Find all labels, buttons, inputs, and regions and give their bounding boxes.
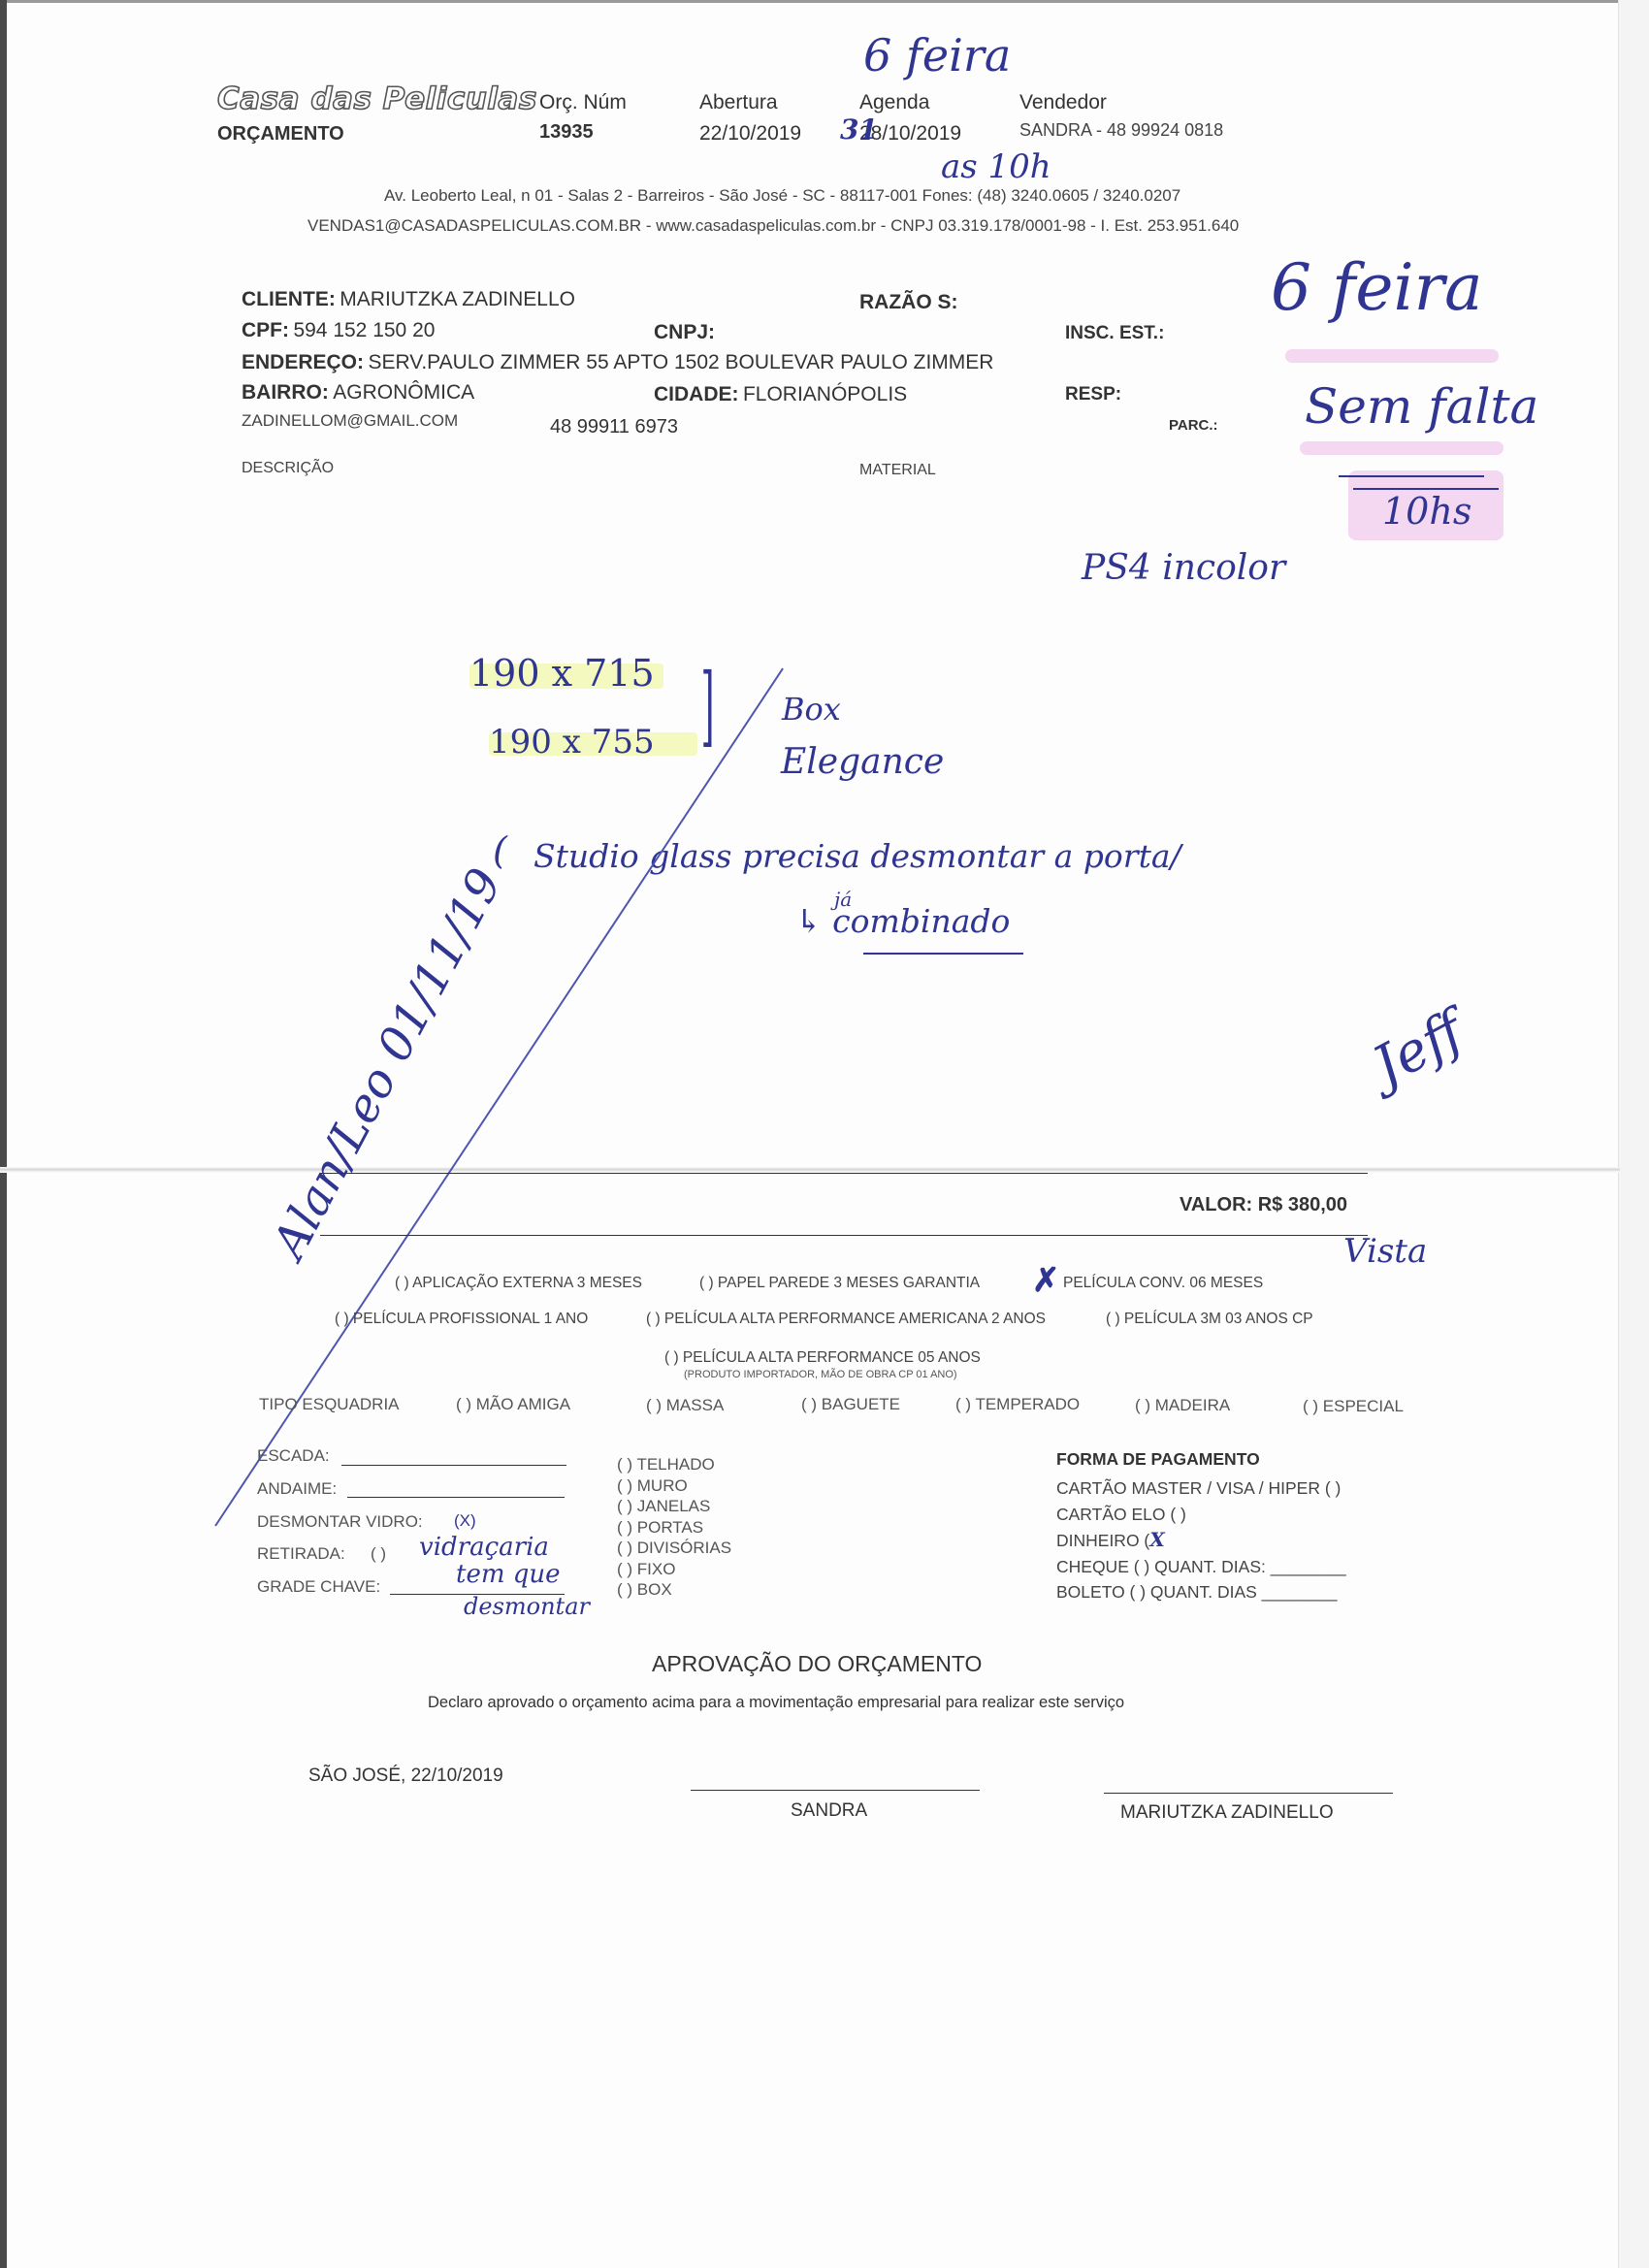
cliente-label: CLIENTE: <box>242 288 336 310</box>
esquadria-madeira[interactable]: ( ) MADEIRA <box>1135 1396 1230 1415</box>
option-papel-parede[interactable]: ( ) PAPEL PAREDE 3 MESES GARANTIA <box>699 1275 980 1292</box>
grade-chave-label: GRADE CHAVE: <box>257 1577 380 1597</box>
company-logo: Casa das Peliculas <box>217 81 537 116</box>
esquadria-baguete[interactable]: ( ) BAGUETE <box>801 1395 900 1414</box>
endereco-value: SERV.PAULO ZIMMER 55 APTO 1502 BOULEVAR … <box>368 351 993 373</box>
esquadria-temperado[interactable]: ( ) TEMPERADO <box>955 1395 1080 1414</box>
cidade-value: FLORIANÓPOLIS <box>743 383 907 405</box>
retirada-checkbox[interactable]: ( ) <box>371 1544 386 1564</box>
handwritten-installer-date: Alan/Leo 01/11/19 <box>262 859 513 1267</box>
payment-list: CARTÃO MASTER / VISA / HIPER ( ) CARTÃO … <box>1056 1475 1346 1605</box>
divider-line <box>320 1173 1368 1174</box>
handwritten-underline <box>1339 475 1484 477</box>
cidade-row: CIDADE: FLORIANÓPOLIS <box>654 383 907 406</box>
cidade-label: CIDADE: <box>654 383 739 405</box>
option-pelicula-profissional[interactable]: ( ) PELÍCULA PROFISSIONAL 1 ANO <box>335 1311 588 1328</box>
handwritten-combinado: ↳ combinado <box>795 902 1010 940</box>
option-note: (PRODUTO IMPORTADOR, MÃO DE OBRA CP 01 A… <box>684 1369 957 1380</box>
option-pelicula-alta-performance[interactable]: ( ) PELÍCULA ALTA PERFORMANCE 05 ANOS <box>664 1349 981 1367</box>
agenda-label: Agenda <box>859 91 929 114</box>
handwritten-agenda-correction: 31 <box>840 113 878 146</box>
payment-cartao-master[interactable]: CARTÃO MASTER / VISA / HIPER ( ) <box>1056 1475 1346 1502</box>
measurement-1: 190 x 715 <box>469 652 655 695</box>
esquadria-label: TIPO ESQUADRIA <box>259 1395 400 1414</box>
handwritten-box: Box <box>782 691 841 728</box>
handwritten-paren: ( <box>493 829 507 872</box>
handwritten-underline <box>863 953 1023 955</box>
cpf-label: CPF: <box>242 319 289 341</box>
retirada-label: RETIRADA: <box>257 1544 345 1564</box>
escada-field[interactable] <box>341 1465 566 1466</box>
local-telhado[interactable]: ( ) TELHADO <box>617 1454 731 1475</box>
local-janelas[interactable]: ( ) JANELAS <box>617 1496 731 1517</box>
handwritten-signature: Jeff <box>1363 999 1474 1098</box>
handwritten-service-note: vidraçaria <box>419 1533 549 1562</box>
escada-label: ESCADA: <box>257 1446 330 1466</box>
scan-edge <box>0 0 7 2268</box>
seller-signature-line[interactable] <box>691 1790 980 1791</box>
approval-title: APROVAÇÃO DO ORÇAMENTO <box>652 1651 982 1677</box>
cliente-value: MARIUTZKA ZADINELLO <box>339 288 575 310</box>
handwritten-box-model: Elegance <box>781 742 944 782</box>
payment-title: FORMA DE PAGAMENTO <box>1056 1449 1260 1470</box>
handwritten-material: PS4 incolor <box>1082 548 1285 588</box>
local-box[interactable]: ( ) BOX <box>617 1579 731 1601</box>
scan-edge <box>0 0 1649 3</box>
seller-name: SANDRA <box>791 1800 867 1822</box>
insc-est-label: INSC. EST.: <box>1065 323 1164 344</box>
measurement-2: 190 x 755 <box>489 723 655 761</box>
local-fixo[interactable]: ( ) FIXO <box>617 1559 731 1580</box>
cpf-value: 594 152 150 20 <box>293 319 435 341</box>
vendedor-value: SANDRA - 48 99924 0818 <box>1019 120 1223 141</box>
contact-line: VENDAS1@CASADASPELICULAS.COM.BR - www.ca… <box>307 216 1239 236</box>
descricao-label: DESCRIÇÃO <box>242 460 334 477</box>
orc-num: 13935 <box>539 121 594 144</box>
client-name: MARIUTZKA ZADINELLO <box>1120 1802 1334 1824</box>
client-phone: 48 99911 6973 <box>550 416 678 438</box>
handwritten-note-line: Studio glass precisa desmontar a porta/ <box>533 837 1181 875</box>
cnpj-label: CNPJ: <box>654 321 715 344</box>
material-label: MATERIAL <box>859 462 936 479</box>
handwritten-service-note: desmontar <box>464 1593 590 1620</box>
handwritten-day: 6 feira <box>863 29 1011 81</box>
handwritten-time: as 10h <box>941 147 1051 186</box>
doc-type: ORÇAMENTO <box>217 123 344 146</box>
handwritten-time-large: 10hs <box>1382 490 1471 533</box>
handwritten-service-note: tem que <box>456 1560 561 1589</box>
razao-label: RAZÃO S: <box>859 291 958 314</box>
payment-cartao-elo[interactable]: CARTÃO ELO ( ) <box>1056 1502 1346 1528</box>
esquadria-massa[interactable]: ( ) MASSA <box>646 1396 724 1415</box>
desmontar-vidro-label: DESMONTAR VIDRO: <box>257 1512 423 1532</box>
handwritten-sem-falta: Sem falta <box>1305 378 1538 435</box>
cliente-row: CLIENTE: MARIUTZKA ZADINELLO <box>242 288 575 311</box>
andaime-label: ANDAIME: <box>257 1479 337 1499</box>
esquadria-mao-amiga[interactable]: ( ) MÃO AMIGA <box>456 1395 570 1414</box>
client-signature-line[interactable] <box>1104 1793 1393 1794</box>
highlight-mark <box>1285 349 1499 363</box>
endereco-row: ENDEREÇO: SERV.PAULO ZIMMER 55 APTO 1502… <box>242 351 993 374</box>
local-muro[interactable]: ( ) MURO <box>617 1475 731 1497</box>
payment-cheque[interactable]: CHEQUE ( ) QUANT. DIAS: ________ <box>1056 1554 1346 1580</box>
checkmark-x-icon: ✗ <box>1032 1261 1060 1300</box>
place-date: SÃO JOSÉ, 22/10/2019 <box>308 1766 503 1787</box>
abertura-label: Abertura <box>699 91 778 114</box>
approval-text: Declaro aprovado o orçamento acima para … <box>428 1694 1124 1712</box>
vendedor-label: Vendedor <box>1019 91 1107 114</box>
option-pelicula-americana[interactable]: ( ) PELÍCULA ALTA PERFORMANCE AMERICANA … <box>646 1311 1046 1328</box>
endereco-label: ENDEREÇO: <box>242 351 364 373</box>
divider-line <box>320 1235 1368 1236</box>
locais-list: ( ) TELHADO ( ) MURO ( ) JANELAS ( ) POR… <box>617 1454 731 1601</box>
bracket-mark: ] <box>701 655 715 757</box>
local-portas[interactable]: ( ) PORTAS <box>617 1517 731 1539</box>
bairro-row: BAIRRO: AGRONÔMICA <box>242 381 474 405</box>
abertura-date: 22/10/2019 <box>699 122 801 146</box>
checkmark-x-icon: X <box>1149 1528 1165 1551</box>
bairro-label: BAIRRO: <box>242 381 329 404</box>
esquadria-especial[interactable]: ( ) ESPECIAL <box>1303 1397 1404 1416</box>
handwritten-payment-note: Vista <box>1343 1232 1427 1271</box>
andaime-field[interactable] <box>347 1497 565 1498</box>
highlight-mark <box>1300 441 1503 455</box>
option-pelicula-conv-checked[interactable]: PELÍCULA CONV. 06 MESES <box>1063 1275 1263 1292</box>
client-email: ZADINELLOM@GMAIL.COM <box>242 411 458 431</box>
option-aplicacao-externa[interactable]: ( ) APLICAÇÃO EXTERNA 3 MESES <box>395 1275 642 1292</box>
payment-dinheiro[interactable]: DINHEIRO (X <box>1056 1527 1346 1554</box>
bairro-value: AGRONÔMICA <box>333 381 474 404</box>
resp-label: RESP: <box>1065 384 1121 405</box>
desmontar-vidro-checkbox[interactable]: (X) <box>454 1511 476 1531</box>
paper-edge <box>1618 0 1649 2268</box>
option-pelicula-3m[interactable]: ( ) PELÍCULA 3M 03 ANOS CP <box>1106 1311 1313 1328</box>
parc-label: PARC.: <box>1169 417 1218 434</box>
handwritten-day-large: 6 feira <box>1271 250 1482 325</box>
local-divisorias[interactable]: ( ) DIVISÓRIAS <box>617 1538 731 1559</box>
valor-total: VALOR: R$ 380,00 <box>1180 1194 1347 1216</box>
cpf-row: CPF: 594 152 150 20 <box>242 319 435 342</box>
payment-boleto[interactable]: BOLETO ( ) QUANT. DIAS ________ <box>1056 1579 1346 1605</box>
orc-num-label: Orç. Núm <box>539 91 627 114</box>
address-line: Av. Leoberto Leal, n 01 - Salas 2 - Barr… <box>384 186 1180 206</box>
